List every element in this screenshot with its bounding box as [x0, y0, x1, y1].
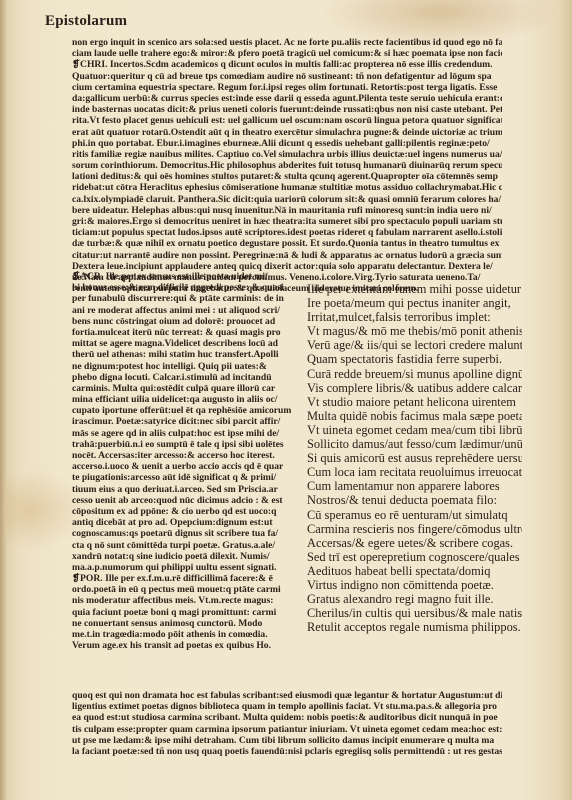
commentary-line: ma.a.p.numorum qui philippi uultu essent…	[72, 562, 294, 573]
verse-line: Ire poeta/meum qui pectus inaniter angit…	[307, 296, 522, 310]
commentary-line: ordo.poetā in eū q pectus meū mouet:q pt…	[72, 584, 294, 595]
text-line: tis culpam esse:propter quam carmina ips…	[72, 724, 502, 735]
text-line: cium certamina equestria spectare. Regum…	[72, 82, 502, 93]
commentary-line: antiq dicebāt at pro ad. Opepcium:dignum…	[72, 517, 294, 528]
commentary-line: cōpositum ex ad ppōne: & cio uerbo qd es…	[72, 506, 294, 517]
verse-line: Sed trī est operepretium cognoscere/qual…	[307, 550, 522, 564]
commentary-line: fortia.mulceat iterū nūc terreat: & quas…	[72, 327, 294, 338]
text-line: erat aūt quatuor rotarū.Ostendit aūt q i…	[72, 127, 502, 138]
text-line: lationi deditus:& qui oēs homines stulto…	[72, 171, 502, 182]
text-line: ridebat:ut cōtra Heraclitus ephesius cōm…	[72, 182, 502, 193]
commentary-line: per funabulū discurrere:qui & ptāte carm…	[72, 293, 294, 304]
text-line: bere uideatur. Helephas albus:qui nusq i…	[72, 205, 502, 216]
commentary-line: irascimur. Poetæ:satyrice dicit:nec sibi…	[72, 416, 294, 427]
commentary-line: ❡ACR. Ille per ex.sensus est:ille poeta …	[72, 271, 294, 282]
commentary-line: ne dignum:potest hoc intelligi. Quiq pii…	[72, 361, 294, 372]
text-line: ritis familiæ regiæ nauibus milites. Cap…	[72, 149, 502, 160]
text-line: Quatuor:queritur q cū ad breue tps comœd…	[72, 71, 502, 82]
commentary-line: hi bonus esse:& rem difficilē aggredi po…	[72, 282, 294, 293]
text-line: ut pse me lædam:& ipse mihi detraham. Cu…	[72, 735, 502, 746]
commentary-line: trahā:puerbiū.n.i eo sumptū ē tale q ips…	[72, 439, 294, 450]
commentary-line: nocēt. Accersas:iter arcesso:& accerso h…	[72, 450, 294, 461]
commentary-line: cta q nō sunt cōmittēda turpi poetæ. Gra…	[72, 540, 294, 551]
text-line: ticiam:ut populus spectat ludos.ipsos au…	[72, 227, 502, 238]
text-line: sorum corinthiorum. Democritus.Hic philo…	[72, 160, 502, 171]
commentary-line: mittat se agere magna.Videlicet describe…	[72, 338, 294, 349]
commentary-column: ❡ACR. Ille per ex.sensus est:ille poeta …	[72, 271, 294, 651]
commentary-line: xandrū notat:q sine iudicio poetā dilexi…	[72, 551, 294, 562]
commentary-line: carminis. Multa qui:ostēdit culpā quare …	[72, 383, 294, 394]
text-line: non ergo inquit in scenico ars sola:sed …	[72, 37, 502, 48]
verse-line: Cū speramus eo rē uenturam/ut simulatq	[307, 508, 522, 522]
verse-line: Retulit acceptos regale numisma philippo…	[307, 620, 522, 634]
commentary-line: ne conuertant sensus animosq cunctorū. M…	[72, 618, 294, 629]
commentary-line: Verum age.ex his transit ad poetas ex qu…	[72, 640, 294, 651]
top-commentary-block: non ergo inquit in scenico ars sola:sed …	[72, 37, 502, 294]
book-page: Epistolarum non ergo inquit in scenico a…	[0, 0, 572, 800]
verse-line: Multa quidē nobis facimus mala sæpe poet…	[307, 409, 522, 423]
verse-line: Vis complere libris/& uatibus addere cal…	[307, 381, 522, 395]
verse-line: Virtus indigno non cōmittenda poetæ.	[307, 578, 522, 592]
verse-line: Cum loca iam recitata reuoluimus irreuoc…	[307, 465, 522, 479]
text-line: citatur:ut narrantē audire non possint. …	[72, 250, 502, 261]
text-line: ea quod est:ut studiosa carmina scribant…	[72, 712, 502, 723]
commentary-line: bens nunc cōstringat oium ad dolorē: pro…	[72, 316, 294, 327]
verse-line: Quam spectatoris fastidia ferre superbi.	[307, 352, 522, 366]
text-line: ligentius extimet poetas dignos bibliote…	[72, 701, 502, 712]
text-line: gri:& maiores.Ergo si democritus ueniret…	[72, 216, 502, 227]
verse-line: Curā redde breuem/si munus apolline dign…	[307, 367, 522, 381]
verse-line: Carmina rescieris nos fingere/cōmodus ul…	[307, 522, 522, 536]
text-line: ca.lxix.olympiadē claruit. Panthera.Sic …	[72, 194, 502, 205]
verse-line: Vt magus/& mō me thebis/mō ponit athenis…	[307, 324, 522, 338]
verse-line: Cherilus/in cultis qui uersibus/& male n…	[307, 606, 522, 620]
commentary-line: te piugationis:arcesso aūt idē significa…	[72, 472, 294, 483]
commentary-line: cupato iportune offerūt:uel ēt qa rephēs…	[72, 405, 294, 416]
commentary-line: cesso uenit ab arceo:quod nūc dicimus ad…	[72, 495, 294, 506]
verse-line: Aedituos habeat belli spectata/domiq	[307, 564, 522, 578]
verse-line: Nostros/& tenui deducta poemata filo:	[307, 493, 522, 507]
text-line: ❡CHRI. Incertos.Scdm academicos q dicunt…	[72, 59, 502, 70]
text-line: ciam laude uelle trahere ego:& miror:& p…	[72, 48, 502, 59]
commentary-line: ❡POR. Ille per ex.f.m.u.rē difficillimā …	[72, 573, 294, 584]
text-line: la faciant poetæ:sed tñ non usq quaq poe…	[72, 746, 502, 757]
verse-line: Ille per extentum funem mihi posse uidet…	[307, 282, 522, 296]
verse-line: Irritat,mulcet,falsis terroribus implet:	[307, 310, 522, 324]
verse-line: Si quis amicorū est ausus reprehēdere ue…	[307, 451, 522, 465]
running-head: Epistolarum	[45, 13, 127, 30]
commentary-line: tiuum eius a quo deriuat.i.arceo. Sed sm…	[72, 484, 294, 495]
commentary-line: quia faciunt poetæ boni q magi promittun…	[72, 607, 294, 618]
commentary-line: ani re moderat affectus animi mei : ut a…	[72, 305, 294, 316]
verse-line: Gratus alexandro regi magno fuit ille.	[307, 592, 522, 606]
text-line: inde basternas uocatas dicit:& prius uen…	[72, 104, 502, 115]
commentary-line: me.t.in tragœdia:modo pōit athenis in co…	[72, 629, 294, 640]
commentary-line: mina efficiant uilia uidelicet:qa august…	[72, 394, 294, 405]
text-line: phi.in quo portabat. Ebur.i.imagines ebu…	[72, 138, 502, 149]
bottom-commentary-block: quoq est qui non dramata hoc est fabulas…	[72, 690, 502, 757]
text-line: da:gallicum uerbū:& currus species est:i…	[72, 93, 502, 104]
verse-line: Vt uineta egomet cedam mea/cum tibi libr…	[307, 423, 522, 437]
commentary-line: mās se agere qd in aliis culpat:hoc est …	[72, 428, 294, 439]
verse-line: Sollicito damus/aut fesso/cum lædimur/un…	[307, 437, 522, 451]
verse-line: Cum lamentamur non apparere labores	[307, 479, 522, 493]
page-binding-edge	[0, 0, 6, 800]
commentary-line: accerso.i.uoco & uenit a uerbo accio acc…	[72, 461, 294, 472]
verse-line: Vt studio maiore petant helicona uirente…	[307, 395, 522, 409]
two-column-section: ❡ACR. Ille per ex.sensus est:ille poeta …	[72, 271, 502, 691]
verse-line: Accersas/& egere uetes/& scribere cogas.	[307, 536, 522, 550]
commentary-line: cognoscamus:qs poetarū dignus sit scribe…	[72, 528, 294, 539]
text-line: rita.Vt festo placet genus uehiculi est:…	[72, 115, 502, 126]
verse-line: Verū age/& iis/qui se lectori credere ma…	[307, 338, 522, 352]
verse-column: Ille per extentum funem mihi posse uidet…	[307, 282, 522, 634]
text-line: dæ turbæ:& quæ nihil ex ornatu poetico d…	[72, 238, 502, 249]
commentary-line: nis moderatur affectibus meis. Vt.m.rect…	[72, 595, 294, 606]
text-line: quoq est qui non dramata hoc est fabulas…	[72, 690, 502, 701]
commentary-line: phebo digna locuti. Calcar.i.stimulū ad …	[72, 372, 294, 383]
commentary-line: therū uel athenas: mihi statim huc trans…	[72, 349, 294, 360]
